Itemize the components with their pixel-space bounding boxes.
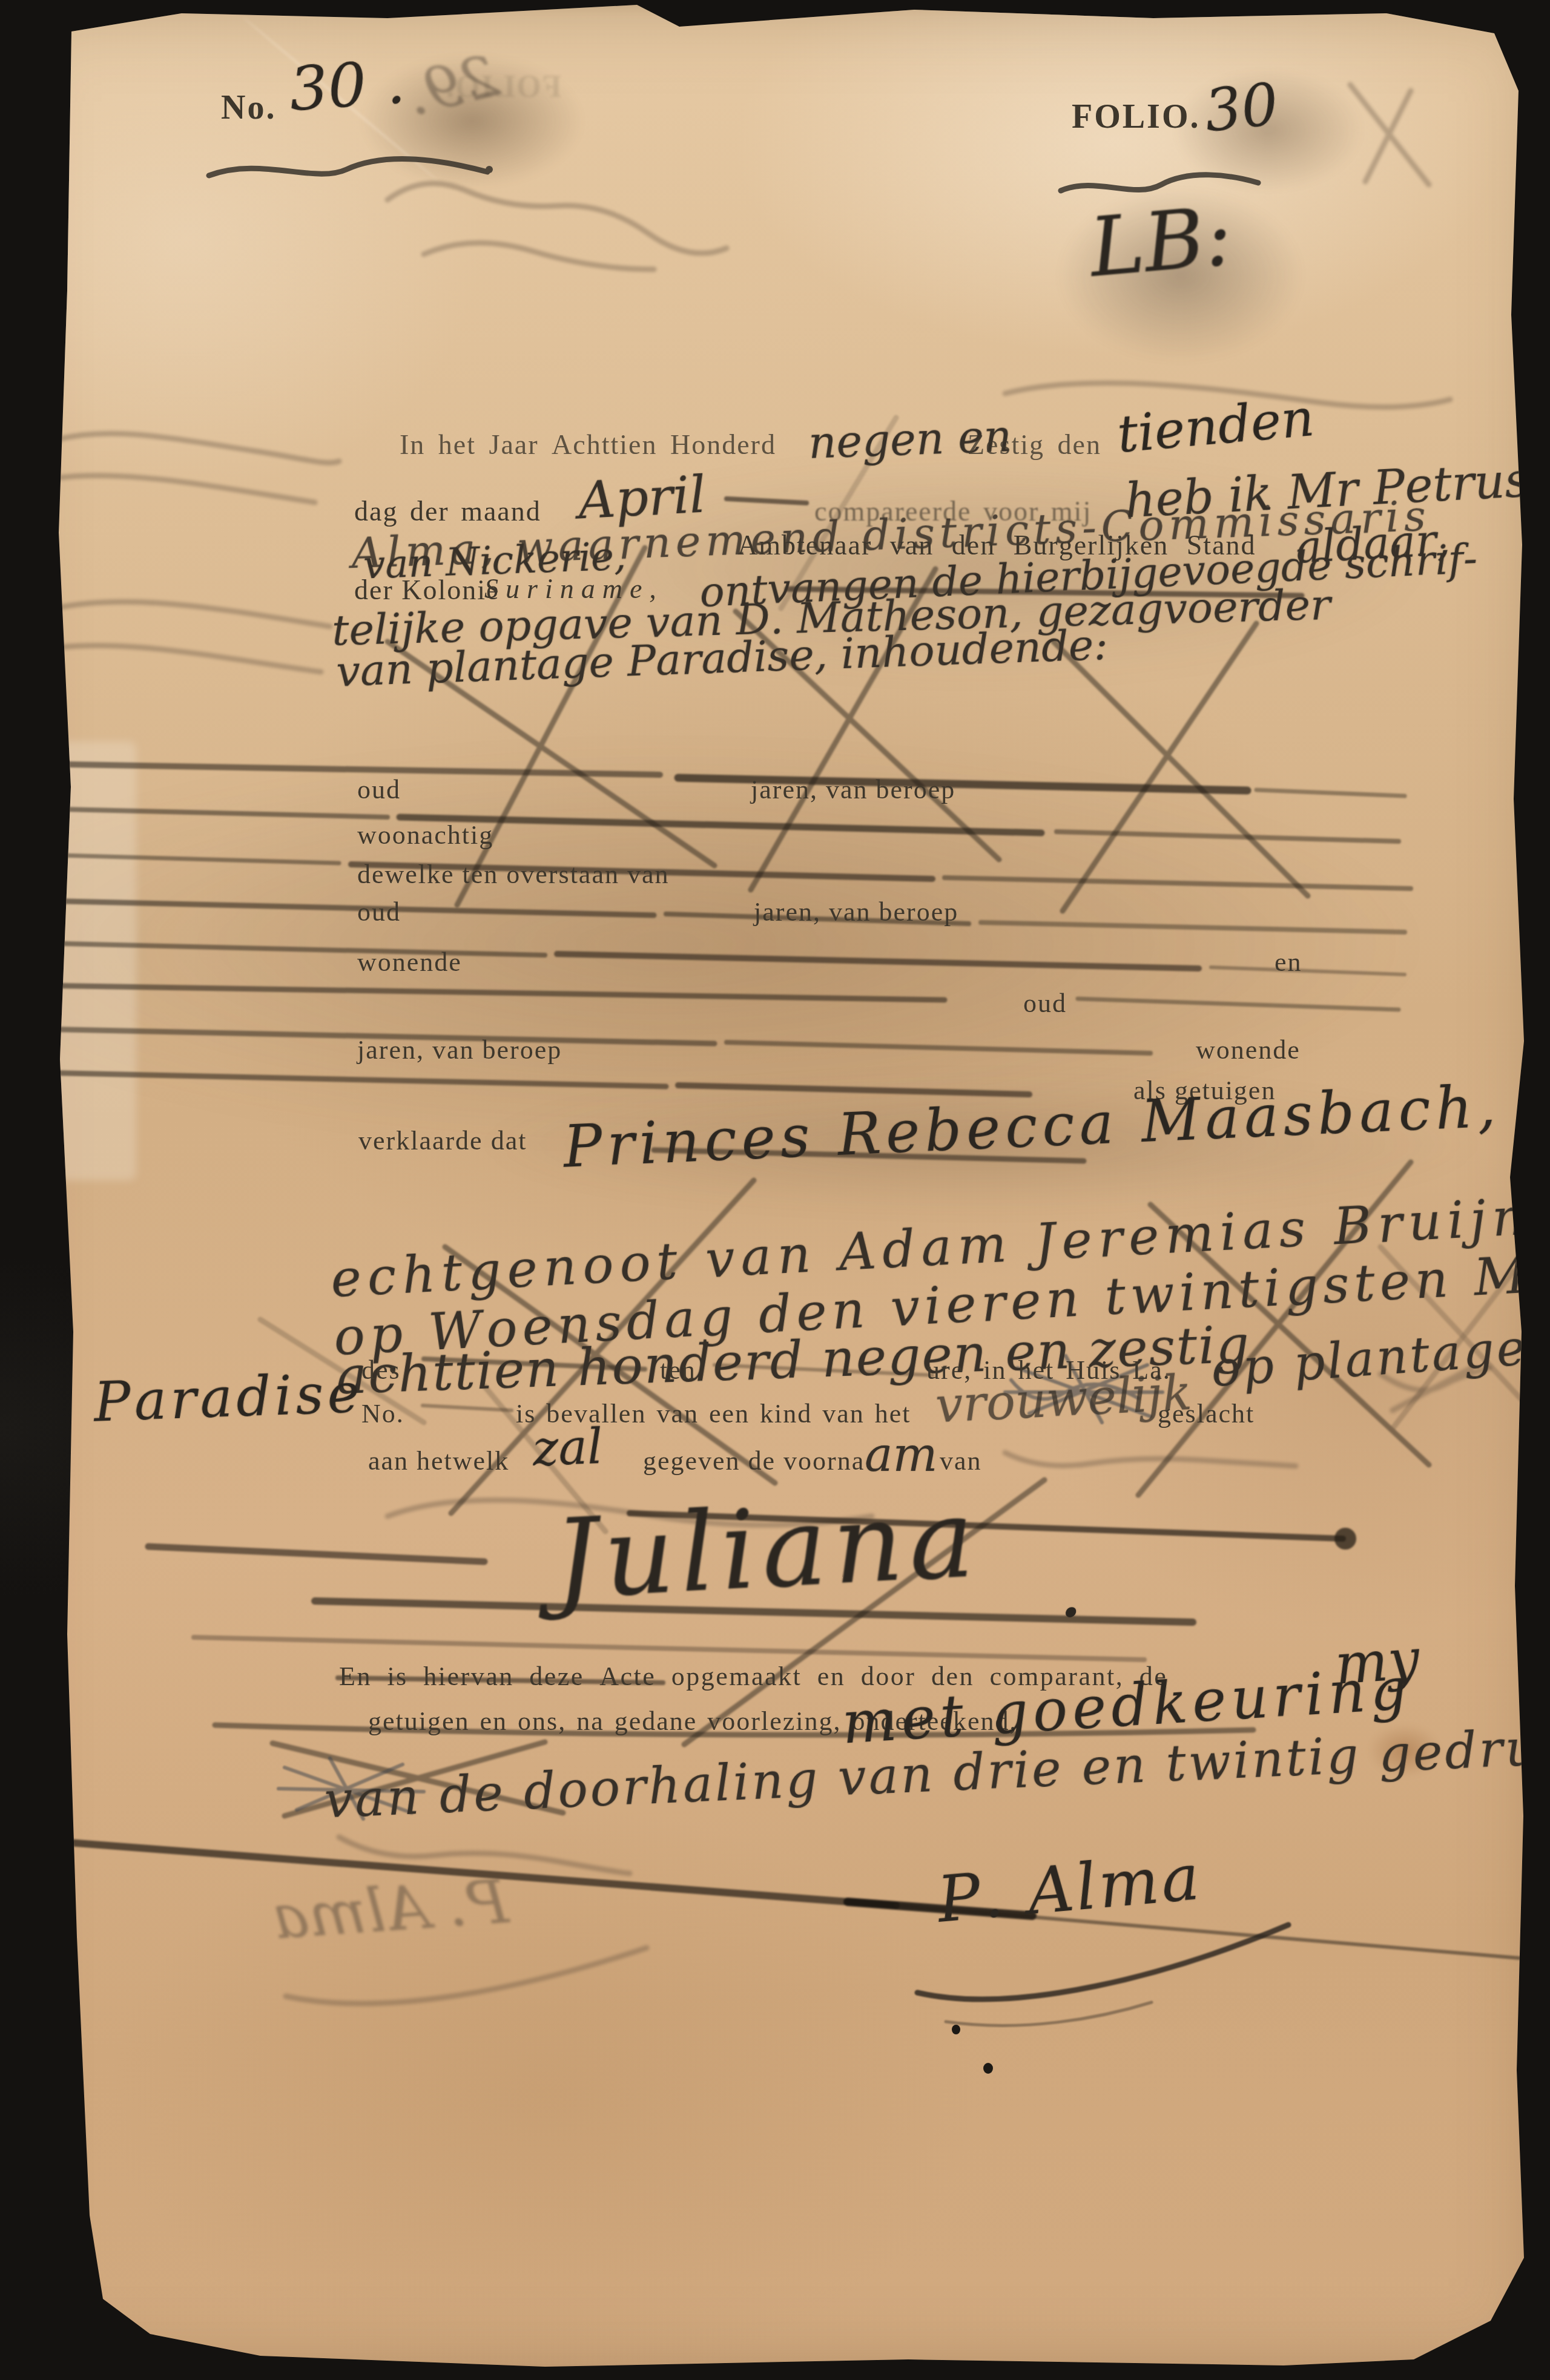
stroke: [148, 1547, 484, 1562]
stroke: [945, 878, 1411, 889]
stroke: [39, 433, 339, 462]
ink-marks-layer: [0, 0, 1550, 2380]
form-wonende-1: wonende: [357, 949, 462, 976]
stroke: [39, 855, 339, 863]
opening-line1-printed-b: Zestig den: [968, 431, 1101, 459]
opening-line1-printed-a: In het Jaar Achttien Honderd: [400, 431, 776, 459]
flourish-under-folio: [1061, 175, 1258, 191]
stroke: [286, 1948, 647, 2004]
no-field-label: No.: [361, 1401, 404, 1427]
ink-dot: [983, 2063, 993, 2074]
flourish-under-no: [209, 159, 487, 176]
form-jaren-beroep-2: jaren, van beroep: [754, 899, 958, 925]
stroke: [981, 922, 1405, 932]
stroke: [1256, 790, 1405, 796]
child-name-period: .: [1058, 1550, 1083, 1628]
stroke: [36, 645, 321, 672]
form-oud-1: oud: [357, 777, 401, 803]
stroke: [1365, 91, 1411, 182]
printed-flourish-brackets: [209, 159, 1258, 191]
stroke: [1005, 1453, 1296, 1466]
verklaarde-dat: verklaarde dat: [358, 1128, 527, 1154]
stroke: [42, 602, 330, 626]
stroke: [194, 1637, 1144, 1660]
stroke: [557, 954, 1199, 968]
bleedthrough-signature: P. Alma: [271, 1872, 510, 1948]
stroke: [727, 499, 806, 503]
signature-flourish: [917, 1925, 1288, 2025]
des-label: des: [361, 1357, 401, 1384]
child-name: Juliana: [552, 1484, 983, 1616]
van-label: van: [940, 1448, 982, 1474]
form-wonende-2: wonende: [1196, 1037, 1301, 1063]
stroke: [387, 183, 727, 253]
stroke: [39, 943, 545, 955]
signature-underline: [917, 1925, 1288, 1999]
folio-paraph: LB:: [1087, 195, 1235, 289]
ink-dot: [952, 2025, 960, 2034]
form-woonachtig: woonachtig: [357, 822, 493, 849]
gegeven-voorna-label: gegeven de voorna: [643, 1448, 865, 1474]
opening-line2-printed-a: dag der maand: [354, 498, 541, 525]
stroke: [424, 243, 654, 269]
form-jaren-beroep-1: jaren, van beroep: [751, 777, 955, 803]
stroke: [36, 476, 315, 502]
stroke: [39, 985, 945, 1000]
act-number-value: 30 .: [288, 51, 407, 120]
bleedthrough-folio-block: FOLIO.: [445, 71, 562, 103]
aan-hetwelk-label: aan hetwelk: [368, 1448, 509, 1474]
form-overstaan: dewelke ten overstaan van: [357, 861, 669, 888]
geslacht-label: geslacht: [1158, 1401, 1255, 1427]
form-oud-3: oud: [1023, 990, 1067, 1017]
form-jaren-beroep-3: jaren, van beroep: [357, 1037, 562, 1063]
signature-underline-2: [946, 2002, 1152, 2025]
folio-value: 30: [1202, 76, 1281, 141]
stroke: [1211, 967, 1405, 975]
stroke: [727, 1042, 1150, 1053]
folio-label: FOLIO.: [1072, 100, 1200, 134]
ten-label: ten: [660, 1357, 696, 1384]
stroke: [1078, 999, 1399, 1010]
stroke: [39, 901, 654, 915]
flourish-dot: [486, 166, 493, 173]
form-en: en: [1275, 949, 1302, 976]
stroke: [678, 1085, 1029, 1094]
naam-suffix-hand: am: [865, 1432, 937, 1479]
act-number-label: No.: [221, 91, 276, 125]
stroke: [39, 809, 387, 817]
form-oud-2: oud: [357, 899, 401, 925]
colony-line-printed-a: der Kolonie: [354, 576, 500, 604]
gender-hand: vrouwelijk: [934, 1369, 1193, 1430]
zal-hand: zal: [532, 1422, 604, 1473]
ink-blob: [1334, 1528, 1356, 1550]
scan-background: No. 30 . 29. FOLIO. FOLIO. 30 LB: In het…: [0, 0, 1550, 2380]
stroke: [39, 1073, 666, 1086]
plantation-margin-name: Paradise: [93, 1366, 364, 1430]
stroke: [1054, 642, 1308, 896]
document-sheet: No. 30 . 29. FOLIO. FOLIO. 30 LB: In het…: [0, 0, 1550, 2380]
